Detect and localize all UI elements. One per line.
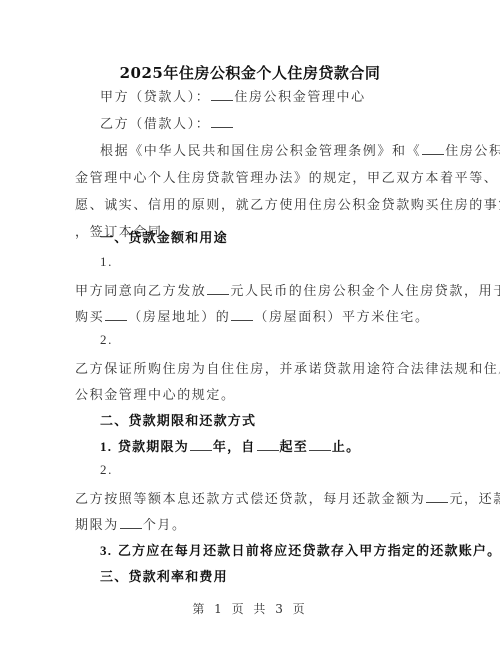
blank-field bbox=[231, 308, 253, 321]
party-a-value: 住房公积金管理中心 bbox=[234, 90, 365, 105]
section-heading-2: 二、贷款期限和还款方式 bbox=[100, 410, 256, 429]
blank-field bbox=[309, 438, 331, 451]
clause-text: 乙方按照等额本息还款方式偿还贷款，每月还款金额为 bbox=[75, 492, 425, 507]
party-b-line: 乙方（借款人）： bbox=[100, 113, 234, 132]
blank-field bbox=[211, 88, 233, 101]
section-2-item-2-line-1: 乙方按照等额本息还款方式偿还贷款，每月还款金额为元，还款 bbox=[75, 488, 500, 507]
clause-text: 甲方同意向乙方发放 bbox=[75, 284, 206, 299]
blank-field bbox=[105, 308, 127, 321]
clause-text: （房屋面积）平方米住宅。 bbox=[254, 310, 429, 325]
section-1-item-2-line-1: 乙方保证所购住房为自住住房，并承诺贷款用途符合法律法规和住房 bbox=[75, 358, 500, 377]
section-1-item-1-line-1: 甲方同意向乙方发放元人民币的住房公积金个人住房贷款，用于 bbox=[75, 280, 500, 299]
item-number: 3. bbox=[100, 543, 112, 558]
clause-text: 个月。 bbox=[143, 518, 187, 533]
blank-field bbox=[207, 282, 229, 295]
section-heading-3: 三、贷款利率和费用 bbox=[100, 566, 228, 585]
clause-text: 乙方应在每月还款日前将应还贷款存入甲方指定的还款账户。 bbox=[118, 544, 500, 559]
item-number: 1. bbox=[100, 439, 112, 454]
section-1-item-2-line-2: 公积金管理中心的规定。 bbox=[75, 384, 236, 403]
party-b-label: 乙方（借款人）： bbox=[100, 117, 210, 132]
clause-text: （房屋地址）的 bbox=[128, 310, 230, 325]
clause-text: 起至 bbox=[280, 440, 308, 455]
blank-field bbox=[257, 438, 279, 451]
section-heading-1: 一、贷款金额和用途 bbox=[100, 227, 228, 246]
clause-text: 止。 bbox=[332, 440, 360, 455]
document-page: 2025年住房公积金个人住房贷款合同 甲方（贷款人）：住房公积金管理中心 乙方（… bbox=[0, 0, 500, 647]
blank-field bbox=[211, 115, 233, 128]
section-2-item-1: 1. 贷款期限为年，自起至止。 bbox=[100, 436, 360, 455]
blank-field bbox=[120, 516, 142, 529]
section-2-item-2-line-2: 期限为个月。 bbox=[75, 514, 187, 533]
preamble-line-3: 愿、诚实、信用的原则，就乙方使用住房公积金贷款购买住房的事宜 bbox=[75, 194, 500, 213]
section-2-item-3: 3. 乙方应在每月还款日前将应还贷款存入甲方指定的还款账户。 bbox=[100, 540, 500, 559]
preamble-text: 住房公积 bbox=[445, 144, 500, 159]
item-number: 2. bbox=[100, 462, 113, 478]
blank-field bbox=[190, 438, 212, 451]
clause-text: 购买 bbox=[75, 310, 104, 325]
party-a-line: 甲方（贷款人）：住房公积金管理中心 bbox=[100, 86, 366, 105]
clause-text: 期限为 bbox=[75, 518, 119, 533]
clause-text: 年，自 bbox=[213, 440, 256, 455]
preamble-text: 根据《中华人民共和国住房公积金管理条例》和《 bbox=[100, 144, 421, 159]
item-number: 2. bbox=[100, 332, 113, 348]
clause-text: 元，还款 bbox=[449, 492, 500, 507]
blank-field bbox=[422, 142, 444, 155]
preamble-line-2: 金管理中心个人住房贷款管理办法》的规定，甲乙双方本着平等、自 bbox=[75, 167, 500, 186]
section-1-item-1-line-2: 购买（房屋地址）的（房屋面积）平方米住宅。 bbox=[75, 306, 430, 325]
page-indicator: 第 1 页 共 3 页 bbox=[0, 600, 500, 617]
blank-field bbox=[426, 490, 448, 503]
document-title: 2025年住房公积金个人住房贷款合同 bbox=[0, 62, 500, 83]
item-number: 1. bbox=[100, 254, 113, 270]
clause-text: 元人民币的住房公积金个人住房贷款，用于 bbox=[230, 284, 500, 299]
clause-text: 贷款期限为 bbox=[118, 440, 189, 455]
party-a-label: 甲方（贷款人）： bbox=[100, 90, 210, 105]
preamble-line-1: 根据《中华人民共和国住房公积金管理条例》和《住房公积 bbox=[100, 140, 500, 159]
